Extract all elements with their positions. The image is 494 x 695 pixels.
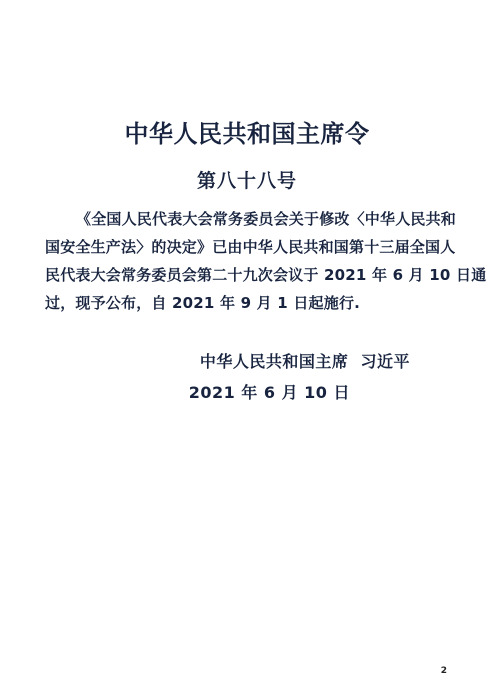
- body-line-4: 过，现予公布，自 2021 年 9 月 1 日起施行.: [45, 289, 449, 317]
- document-title: 中华人民共和国主席令: [0, 119, 494, 149]
- date-line: 2021 年 6 月 10 日: [189, 382, 350, 403]
- document-page: 中华人民共和国主席令 第八十八号 《全国人民代表大会常务委员会关于修改〈中华人民…: [0, 0, 494, 695]
- page-number: 2: [441, 666, 447, 677]
- document-body: 《全国人民代表大会常务委员会关于修改〈中华人民共和 国安全生产法〉的决定》已由中…: [45, 205, 449, 317]
- body-line-2: 国安全生产法〉的决定》已由中华人民共和国第十三届全国人: [45, 233, 449, 261]
- body-line-3: 民代表大会常务委员会第二十九次会议于 2021 年 6 月 10 日通: [45, 261, 449, 289]
- document-subtitle: 第八十八号: [0, 169, 494, 193]
- signature-line: 中华人民共和国主席 习近平: [200, 351, 410, 372]
- body-line-1: 《全国人民代表大会常务委员会关于修改〈中华人民共和: [45, 205, 449, 233]
